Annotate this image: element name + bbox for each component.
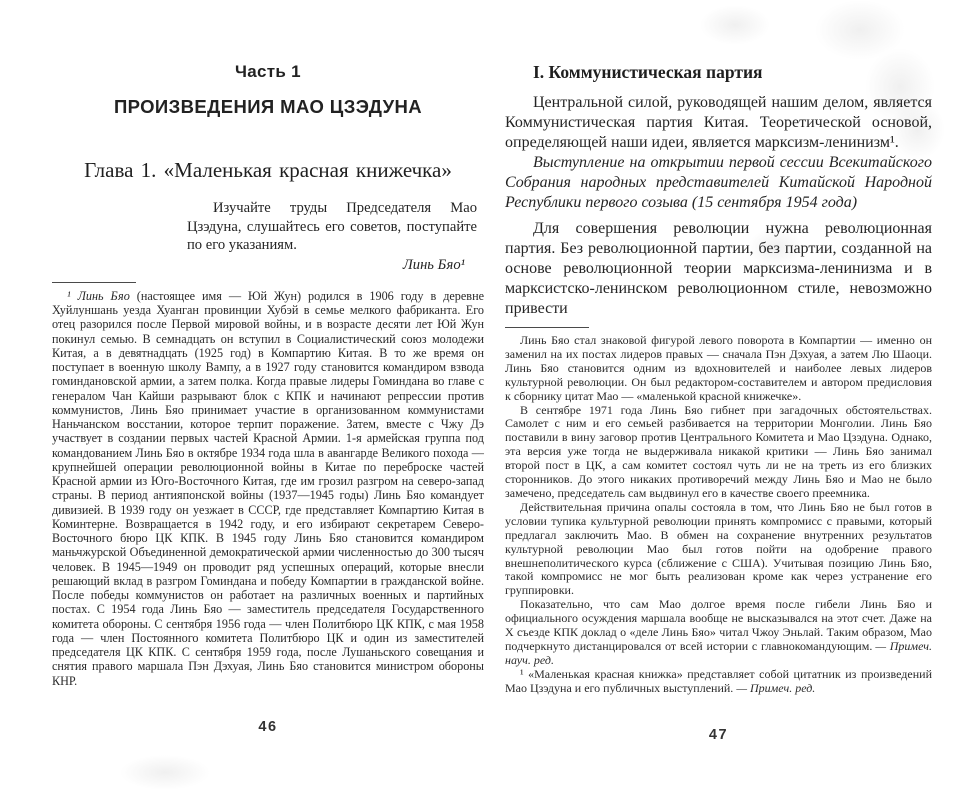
section-heading: I. Коммунистическая партия <box>505 62 932 83</box>
book-page-left: Часть 1 ПРОИЗВЕДЕНИЯ МАО ЦЗЭДУНА Глава 1… <box>52 0 484 688</box>
body-paragraph: Центральной силой, руководящей нашим дел… <box>505 93 932 153</box>
footnote-paragraph: Показательно, что сам Мао долгое время п… <box>505 598 932 668</box>
footnote-body: (настоящее имя — Юй Жун) родился в 1906 … <box>52 289 484 688</box>
editor-note: — Примеч. ред. <box>736 681 815 695</box>
page-number-right: 47 <box>505 727 932 743</box>
footnote-marker-and-name: ¹ Линь Бяо <box>67 289 130 303</box>
footnote-body: ¹ «Маленькая красная книжка» представляе… <box>505 667 932 695</box>
footnote-separator <box>52 282 136 283</box>
body-paragraph: Для совершения революции нужна революцио… <box>505 219 932 319</box>
footnote-paragraph: ¹ Линь Бяо (настоящее имя — Юй Жун) роди… <box>52 289 484 688</box>
footnote-paragraph: Линь Бяо стал знаковой фигурой левого по… <box>505 334 932 404</box>
footnote-separator <box>505 327 589 328</box>
scan-smudge <box>120 755 210 790</box>
footnote-paragraph: Действительная причина опалы состояла в … <box>505 501 932 598</box>
epigraph-text: Изучайте труды Председателя Мао Цзэдуна,… <box>187 199 477 255</box>
part-label: Часть 1 <box>52 62 484 82</box>
quote-source-attribution: Выступление на открытии первой сессии Вс… <box>505 153 932 213</box>
epigraph-attribution: Линь Бяо¹ <box>187 257 477 274</box>
page-number-left: 46 <box>52 719 484 735</box>
footnote-lin-biao: ¹ Линь Бяо (настоящее имя — Юй Жун) роди… <box>52 289 484 688</box>
part-title: ПРОИЗВЕДЕНИЯ МАО ЦЗЭДУНА <box>52 96 484 118</box>
footnote-paragraph: В сентябре 1971 года Линь Бяо гибнет при… <box>505 404 932 501</box>
footnote-body: Показательно, что сам Мао долгое время п… <box>505 597 932 653</box>
footnote-continuation: Линь Бяо стал знаковой фигурой левого по… <box>505 334 932 696</box>
chapter-title: Глава 1. «Маленькая красная книжечка» <box>52 158 484 183</box>
book-page-right: I. Коммунистическая партия Центральной с… <box>505 0 932 696</box>
footnote-paragraph: ¹ «Маленькая красная книжка» представляе… <box>505 668 932 696</box>
